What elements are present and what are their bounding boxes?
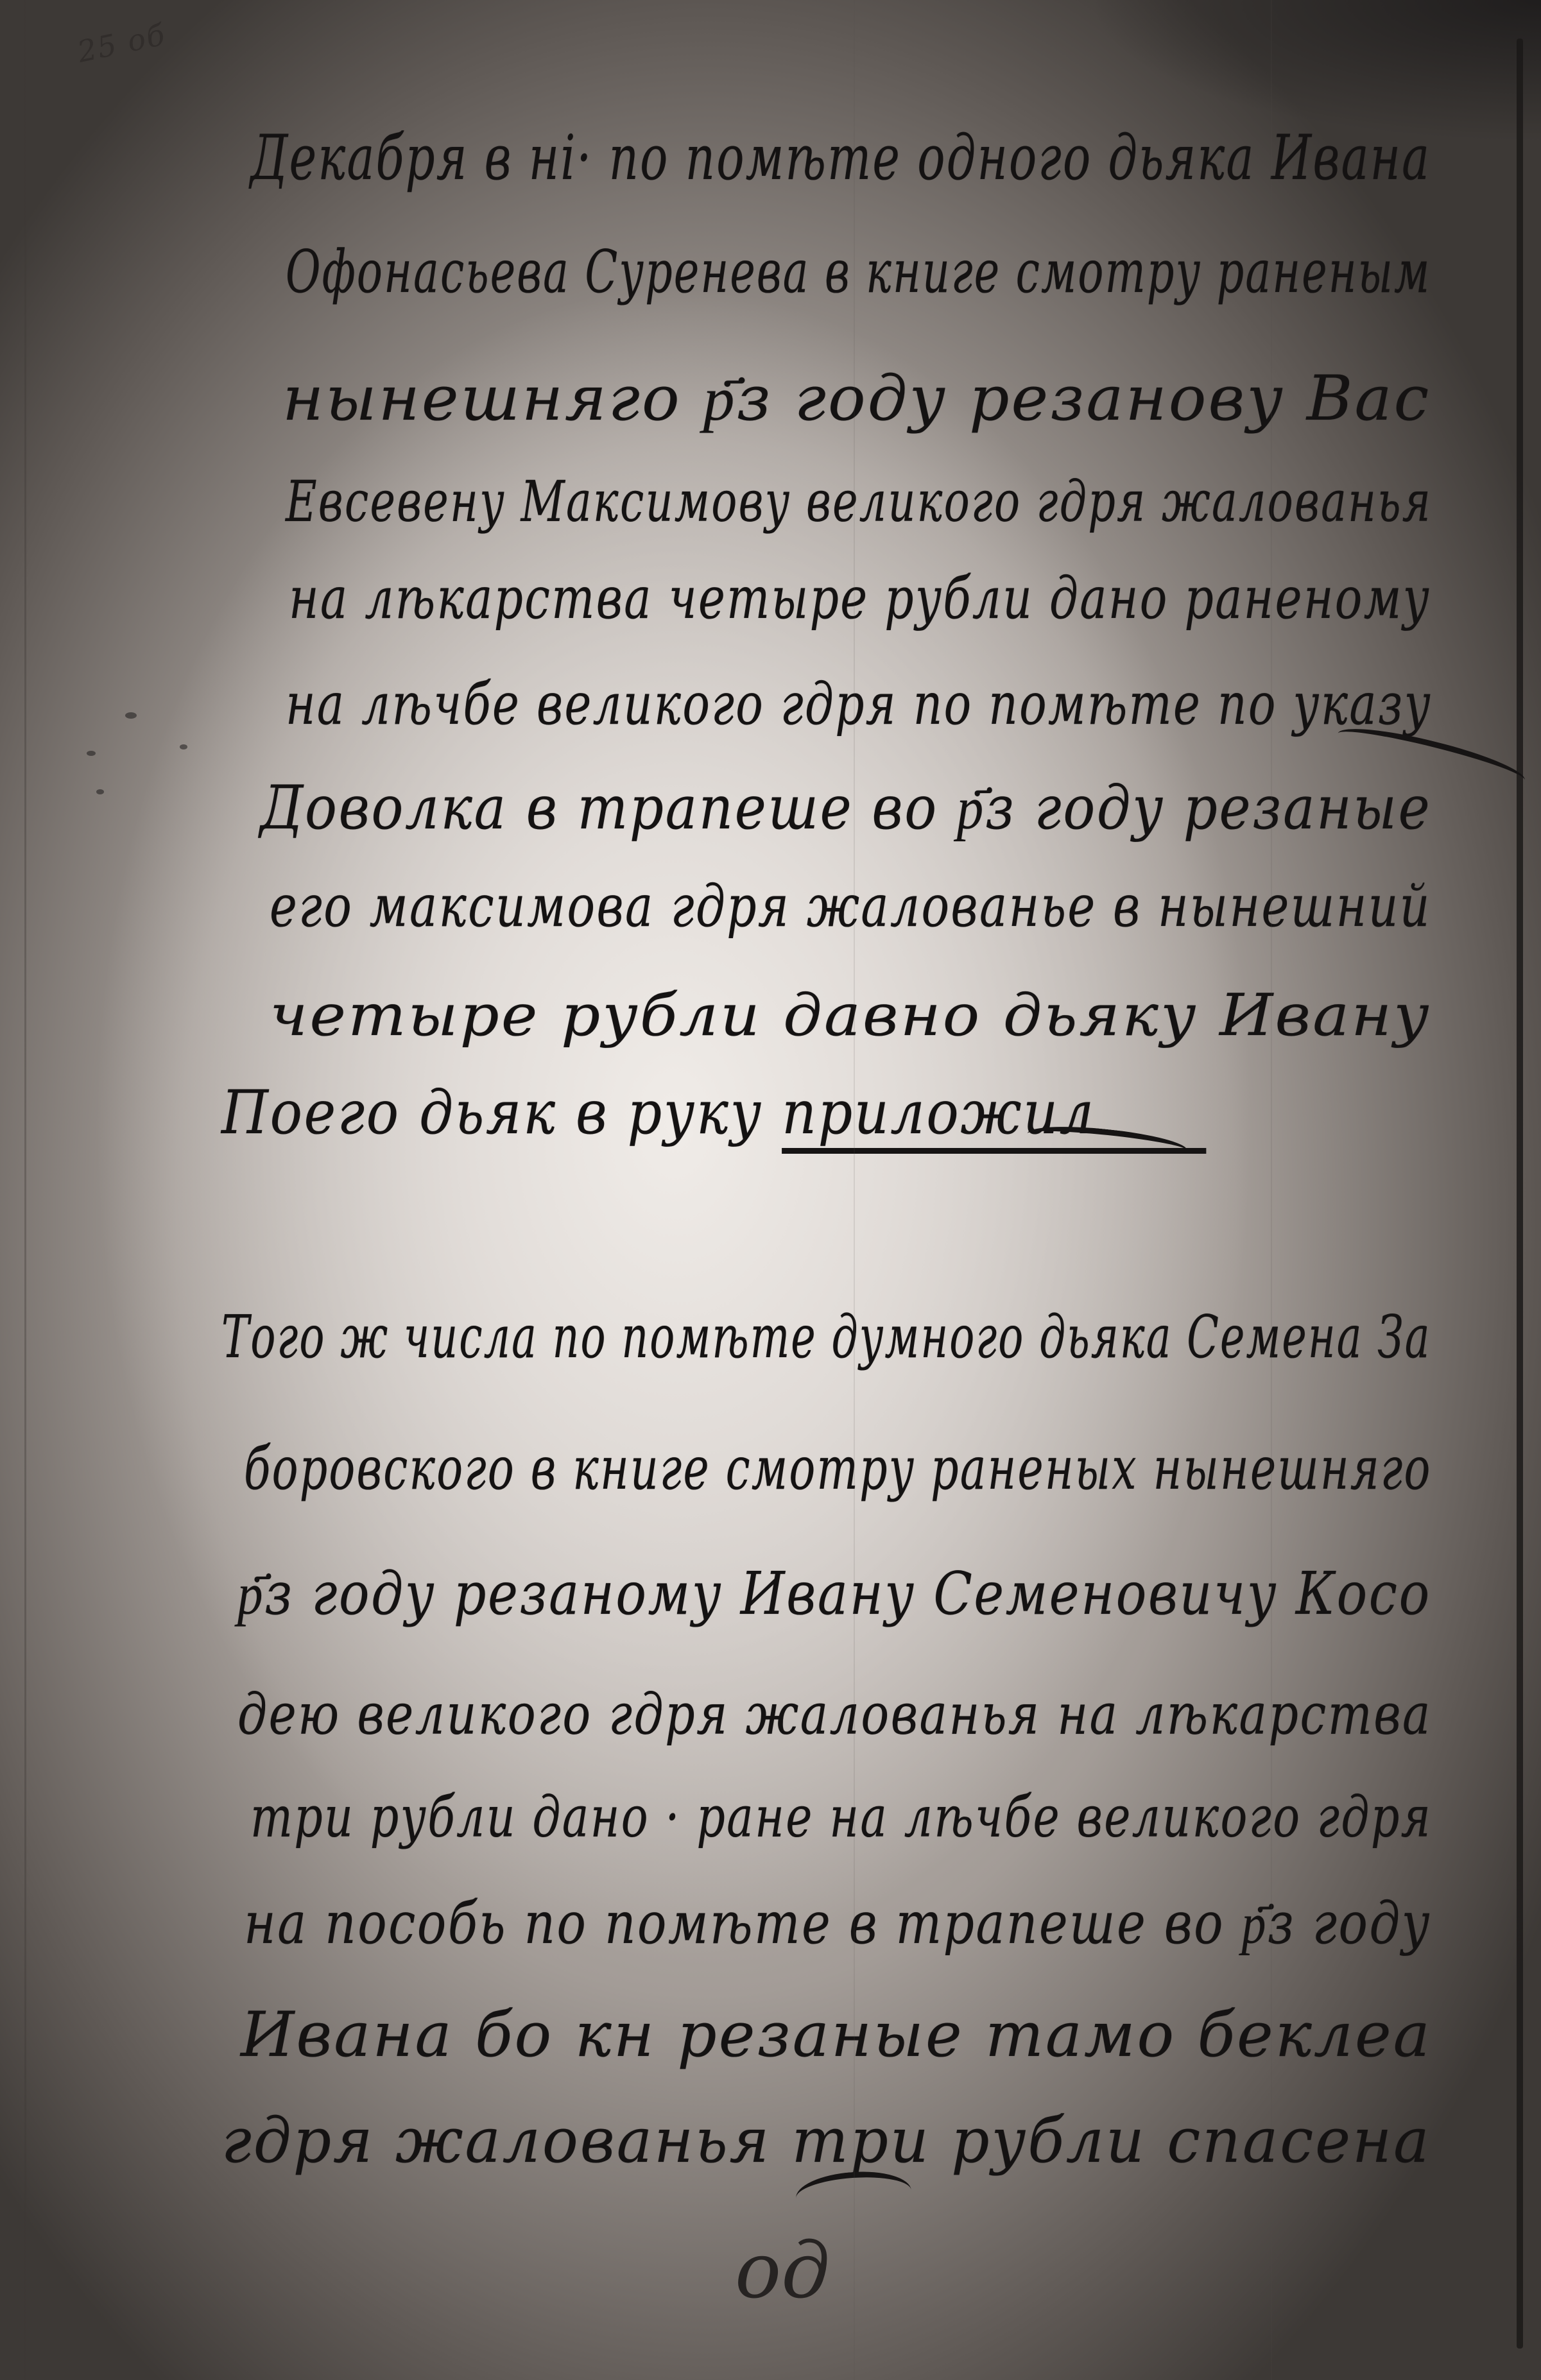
manuscript-page: 25 об Декабря в ні· по помѣте одного дья… bbox=[0, 0, 1541, 2380]
manuscript-line: Декабря в ні· по помѣте одного дьяка Ива… bbox=[250, 122, 1431, 194]
manuscript-line: на лѣкарства четыре рубли дано раненому bbox=[289, 565, 1431, 632]
manuscript-line: гдря жалованья три рубли спасена bbox=[221, 2105, 1431, 2177]
manuscript-line: боровского в книге смотру раненых нынешн… bbox=[244, 1434, 1432, 1503]
manuscript-line: Доволка в трапеше во р҃з году резаные bbox=[260, 773, 1431, 843]
manuscript-line: на пособь по помѣте в трапеше во р҃з год… bbox=[244, 1890, 1431, 1957]
ink-spot bbox=[96, 789, 104, 794]
manuscript-line: три рубли дано · ране на лѣчбе великого … bbox=[250, 1784, 1432, 1850]
manuscript-line: р҃з году резаному Ивану Семеновичу Косо bbox=[237, 1559, 1431, 1628]
manuscript-line: Ивана бо кн резаные тамо беклеа bbox=[241, 1999, 1432, 2071]
manuscript-line: четыре рубли давно дьяку Ивану bbox=[270, 982, 1431, 1049]
manuscript-line: нынешняго р҃з году резанову Вас bbox=[282, 363, 1431, 434]
manuscript-line: дею великого гдря жалованья на лѣкарства bbox=[237, 1681, 1432, 1747]
manuscript-line: его максимова гдря жалованье в нынешний bbox=[270, 873, 1431, 940]
ink-spot bbox=[87, 751, 96, 756]
manuscript-line: Евсевену Максимову великого гдря жалован… bbox=[286, 468, 1432, 535]
page-edge bbox=[1517, 39, 1523, 2349]
manuscript-line: Офонасьева Суренева в книге смотру ранен… bbox=[286, 237, 1431, 306]
manuscript-line: на лѣчбе великого гдря по помѣте по указ… bbox=[286, 671, 1432, 738]
ink-spot bbox=[125, 712, 137, 719]
ink-spot bbox=[180, 744, 187, 749]
catchword: од bbox=[735, 2227, 830, 2316]
manuscript-line: Того ж числа по помѣте думного дьяка Сем… bbox=[221, 1303, 1431, 1371]
folio-number: 25 об bbox=[74, 17, 169, 69]
